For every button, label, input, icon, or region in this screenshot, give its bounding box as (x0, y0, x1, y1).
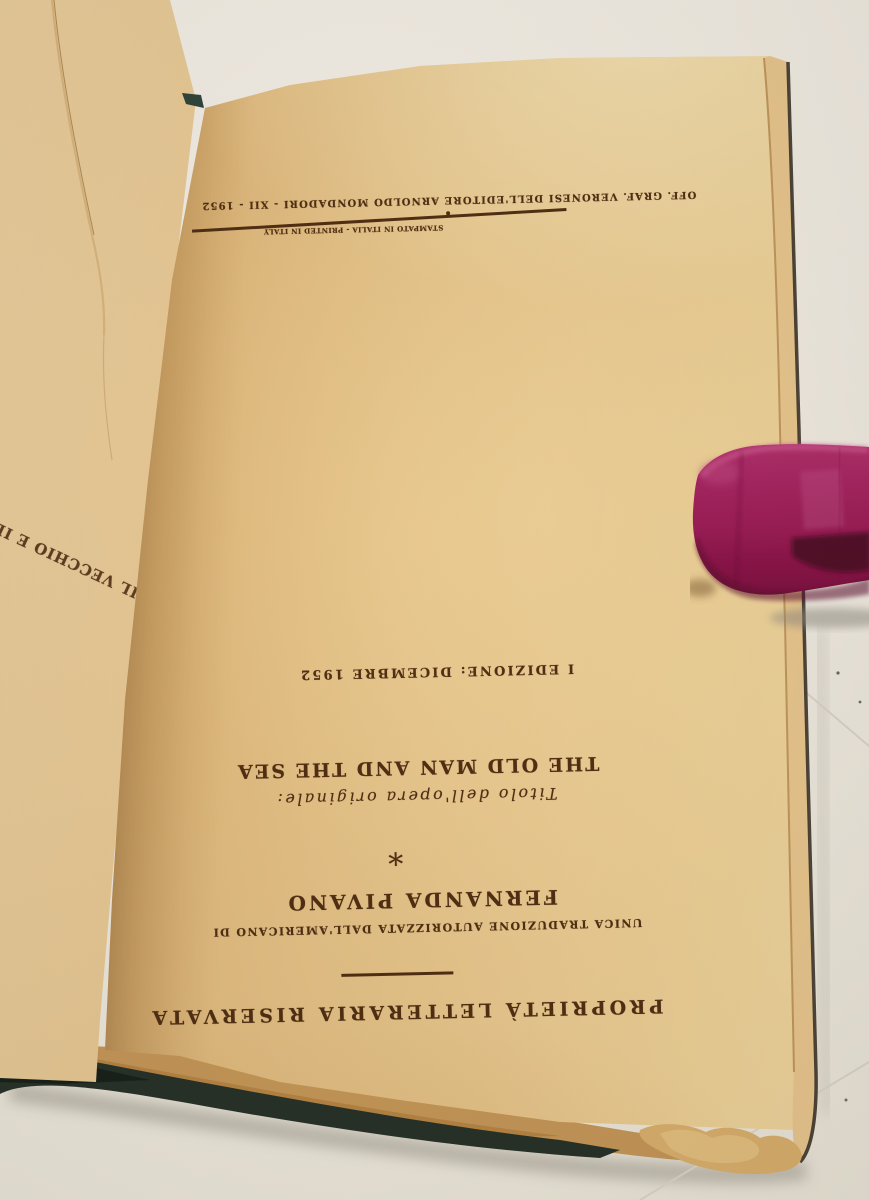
cover-corner-speck (182, 93, 204, 108)
book-photo-scene: IL VECCHIO E IL M PROPRIETÀ LETTERARIA R… (0, 0, 869, 1200)
clip-page-shadow (690, 579, 716, 597)
clip-ground-shadow (770, 608, 869, 628)
page-clip (690, 418, 869, 633)
